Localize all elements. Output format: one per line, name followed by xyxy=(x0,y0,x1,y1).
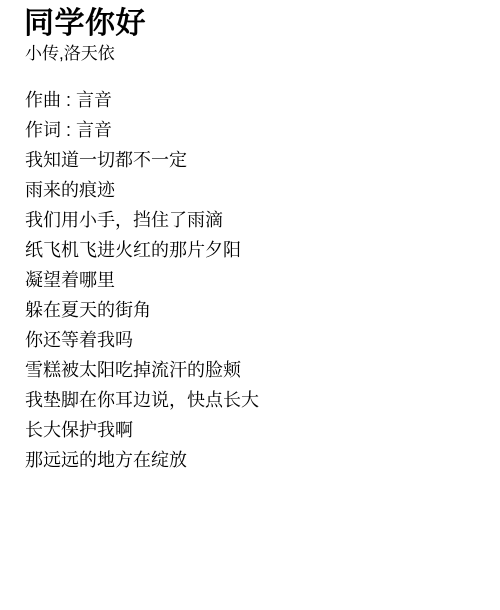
lyric-line: 雪糕被太阳吃掉流汗的脸颊 xyxy=(25,355,476,385)
song-artists: 小传,洛天依 xyxy=(25,44,476,64)
lyric-line: 躲在夏天的街角 xyxy=(25,295,476,325)
lyric-line: 长大保护我啊 xyxy=(25,415,476,445)
lyrics-content: 同学你好 小传,洛天依 作曲 : 言音 作词 : 言音 我知道一切都不一定 雨来… xyxy=(0,0,500,475)
lyric-line: 那远远的地方在绽放 xyxy=(25,445,476,475)
lyrics-block: 作曲 : 言音 作词 : 言音 我知道一切都不一定 雨来的痕迹 我们用小手，挡住… xyxy=(25,85,476,475)
lyric-line-lyricist: 作词 : 言音 xyxy=(25,115,476,145)
lyric-line: 我们用小手，挡住了雨滴 xyxy=(25,205,476,235)
lyric-line: 我垫脚在你耳边说，快点长大 xyxy=(25,385,476,415)
lyric-line: 我知道一切都不一定 xyxy=(25,145,476,175)
lyric-line: 凝望着哪里 xyxy=(25,265,476,295)
lyrics-page: 同学你好 小传,洛天依 作曲 : 言音 作词 : 言音 我知道一切都不一定 雨来… xyxy=(0,0,500,610)
lyric-line: 纸飞机飞进火红的那片夕阳 xyxy=(25,235,476,265)
song-title: 同学你好 xyxy=(24,5,476,43)
lyric-line: 雨来的痕迹 xyxy=(25,175,476,205)
lyric-line-composer: 作曲 : 言音 xyxy=(25,85,476,115)
lyric-line: 你还等着我吗 xyxy=(25,325,476,355)
